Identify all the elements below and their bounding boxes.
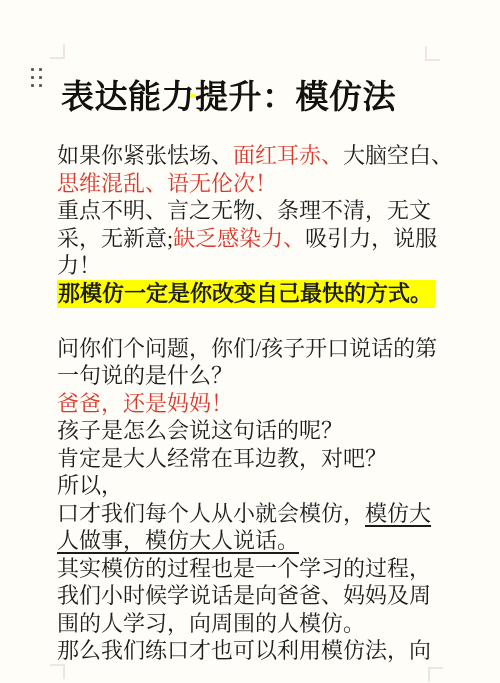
text-line: 一句说的是什么？ <box>57 362 452 390</box>
text-line: 口才我们每个人从小就会模仿，模仿大 <box>57 500 452 528</box>
text-line: 人做事，模仿大人说话。 <box>57 527 452 555</box>
text-line: 重点不明、言之无物、条理不清，无文 <box>57 197 452 225</box>
frame-corner-bottom-right <box>428 667 443 682</box>
frame-corner-bottom-left <box>50 664 65 679</box>
text-segment-normal: 肯定是大人经常在耳边教，对吧？ <box>57 446 387 471</box>
text-segment-normal: 孩子是怎么会说这句话的呢？ <box>57 418 343 443</box>
text-segment-normal: 我们小时候学说话是向爸爸、妈妈及周 <box>57 583 431 608</box>
blank-line <box>57 307 452 335</box>
text-segment-underline: 人做事，模仿大人说话。 <box>57 528 299 553</box>
text-line: 孩子是怎么会说这句话的呢？ <box>57 417 452 445</box>
highlight-speck <box>190 94 196 98</box>
text-segment-normal: 其实模仿的过程也是一个学习的过程， <box>57 556 431 581</box>
text-segment-normal: 如果你紧张怯场、 <box>57 143 233 168</box>
text-line: 爸爸，还是妈妈！ <box>57 390 452 418</box>
text-segment-normal: 力！ <box>57 253 101 278</box>
text-line: 围的人学习，向周围的人模仿。 <box>57 610 452 638</box>
frame-corner-top-left <box>50 44 65 59</box>
text-line: 如果你紧张怯场、面红耳赤、大脑空白、 <box>57 142 452 170</box>
text-segment-normal: 口才我们每个人从小就会模仿， <box>57 501 365 526</box>
body-text: 如果你紧张怯场、面红耳赤、大脑空白、思维混乱、语无伦次！重点不明、言之无物、条理… <box>57 142 452 665</box>
text-segment-normal: 重点不明、言之无物、条理不清，无文 <box>57 198 431 223</box>
text-line: 所以， <box>57 472 452 500</box>
document-page: 表达能力提升：模仿法 如果你紧张怯场、面红耳赤、大脑空白、思维混乱、语无伦次！重… <box>0 0 500 683</box>
text-segment-highlight: 那模仿一定是你改变自己最快的方式。 <box>57 280 435 308</box>
text-segment-normal: 那么我们练口才也可以利用模仿法，向 <box>57 638 431 663</box>
text-segment-red: 爸爸，还是妈妈！ <box>57 391 233 416</box>
text-segment-normal: 围的人学习，向周围的人模仿。 <box>57 611 365 636</box>
text-line: 那模仿一定是你改变自己最快的方式。 <box>57 280 452 308</box>
text-segment-red: 思维混乱、语无伦次！ <box>57 171 277 196</box>
text-line: 问你们个问题，你们/孩子开口说话的第 <box>57 335 452 363</box>
text-segment-red: 缺乏感染力、 <box>173 226 305 251</box>
text-line: 那么我们练口才也可以利用模仿法，向 <box>57 637 452 665</box>
text-segment-red: 面红耳赤、 <box>233 143 343 168</box>
text-segment-normal: 一句说的是什么？ <box>57 363 233 388</box>
text-segment-normal: 采，无新意; <box>57 226 173 251</box>
drag-handle-dots-icon[interactable] <box>31 68 43 90</box>
text-line: 我们小时候学说话是向爸爸、妈妈及周 <box>57 582 452 610</box>
frame-corner-top-right <box>425 46 440 61</box>
text-line: 其实模仿的过程也是一个学习的过程， <box>57 555 452 583</box>
text-segment-normal: 大脑空白、 <box>343 143 453 168</box>
text-segment-underline: 模仿大 <box>365 501 431 526</box>
text-line: 力！ <box>57 252 452 280</box>
text-line: 思维混乱、语无伦次！ <box>57 170 452 198</box>
page-title: 表达能力提升：模仿法 <box>61 77 461 119</box>
text-segment-normal: 吸引力，说服 <box>305 226 437 251</box>
text-segment-normal: 所以， <box>57 473 123 498</box>
text-line: 采，无新意;缺乏感染力、吸引力，说服 <box>57 225 452 253</box>
text-segment-normal: 问你们个问题，你们/孩子开口说话的第 <box>57 336 437 361</box>
text-line: 肯定是大人经常在耳边教，对吧？ <box>57 445 452 473</box>
